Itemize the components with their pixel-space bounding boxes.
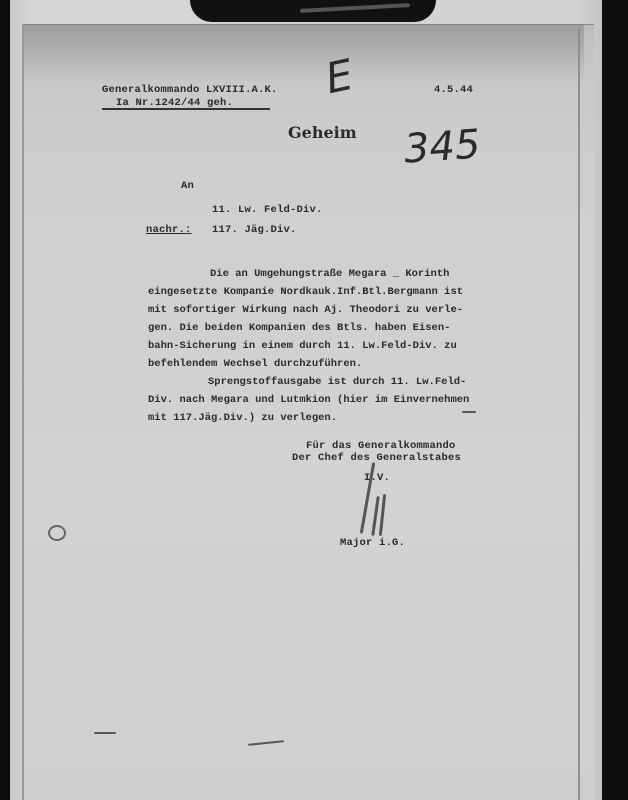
- page-right-edge: [578, 28, 580, 800]
- cc-label: nachr.:: [146, 224, 192, 236]
- to-recipient: 11. Lw. Feld-Div.: [212, 204, 323, 216]
- page-shadow: [24, 24, 584, 84]
- body-line-9: mit 117.Jäg.Div.) zu verlegen.: [148, 412, 337, 424]
- body-line-3: mit sofortiger Wirkung nach Aj. Theodori…: [148, 304, 463, 316]
- handwritten-archive-number: 345: [402, 121, 481, 172]
- header-date: 4.5.44: [434, 84, 473, 96]
- to-label: An: [181, 180, 194, 192]
- cc-recipient: 117. Jäg.Div.: [212, 224, 297, 236]
- scan-speck: [462, 411, 476, 413]
- body-line-1: Die an Umgehungstraße Megara _ Korinth: [210, 268, 449, 280]
- scan-speck: [94, 732, 116, 734]
- signature-rank: Major i.G.: [340, 537, 405, 549]
- body-line-2: eingesetzte Kompanie Nordkauk.Inf.Btl.Be…: [148, 286, 463, 298]
- body-line-5: bahn-Sicherung in einem durch 11. Lw.Fel…: [148, 340, 457, 352]
- signature-line-2: Der Chef des Generalstabes: [292, 452, 461, 464]
- classification-stamp: Geheim: [288, 123, 357, 142]
- body-line-8: Div. nach Megara und Lutmkion (hier im E…: [148, 394, 469, 406]
- signature-line-1: Für das Generalkommando: [306, 440, 456, 452]
- punch-hole-mark: [48, 525, 66, 541]
- body-line-7: Sprengstoffausgabe ist durch 11. Lw.Feld…: [208, 376, 466, 388]
- body-line-4: gen. Die beiden Kompanien des Btls. habe…: [148, 322, 450, 334]
- header-command: Generalkommando LXVIII.A.K.: [102, 84, 278, 96]
- header-underline: [102, 108, 270, 110]
- body-line-6: befehlendem Wechsel durchzuführen.: [148, 358, 362, 370]
